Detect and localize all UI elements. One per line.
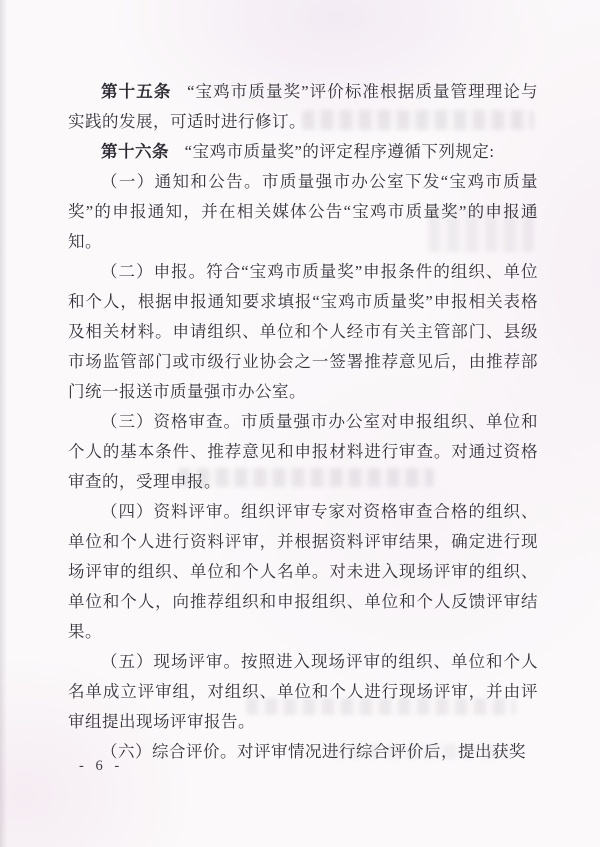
paragraph: （四）资料评审。组织评审专家对资格审查合格的组织、单位和个人进行资料评审，并根据… [68,497,538,647]
paragraph-text: （五）现场评审。按照进入现场评审的组织、单位和个人名单成立评审组，对组织、单位和… [68,652,538,731]
document-body: 第十五条“宝鸡市质量奖”评价标准根据质量管理理论与实践的发展，可适时进行修订。第… [68,77,538,767]
paragraph: （三）资格审查。市质量强市办公室对申报组织、单位和个人的基本条件、推荐意见和申报… [68,407,538,497]
paragraph: 第十六条“宝鸡市质量奖”的评定程序遵循下列规定: [68,137,538,167]
paragraph: 第十五条“宝鸡市质量奖”评价标准根据质量管理理论与实践的发展，可适时进行修订。 [68,77,538,137]
page-number: - 6 - [79,758,123,775]
paragraph: （二）申报。符合“宝鸡市质量奖”申报条件的组织、单位和个人，根据申报通知要求填报… [68,257,538,407]
paragraph: （六）综合评价。对评审情况进行综合评价后，提出获奖 [68,737,538,767]
paragraph-text: “宝鸡市质量奖”的评定程序遵循下列规定: [185,142,495,161]
scanned-document-page: 第十五条“宝鸡市质量奖”评价标准根据质量管理理论与实践的发展，可适时进行修订。第… [0,0,600,847]
article-number: 第十五条 [101,82,171,101]
article-number: 第十六条 [101,142,169,161]
paragraph: （一）通知和公告。市质量强市办公室下发“宝鸡市质量奖”的申报通知，并在相关媒体公… [68,167,538,257]
paragraph: （五）现场评审。按照进入现场评审的组织、单位和个人名单成立评审组，对组织、单位和… [68,647,538,737]
paragraph-text: （六）综合评价。对评审情况进行综合评价后，提出获奖 [101,742,526,761]
paragraph-text: （四）资料评审。组织评审专家对资格审查合格的组织、单位和个人进行资料评审，并根据… [68,502,538,641]
paragraph-text: （二）申报。符合“宝鸡市质量奖”申报条件的组织、单位和个人，根据申报通知要求填报… [68,262,538,401]
scan-edge-shadow [0,0,7,847]
paragraph-text: （一）通知和公告。市质量强市办公室下发“宝鸡市质量奖”的申报通知，并在相关媒体公… [68,172,538,251]
paragraph-text: （三）资格审查。市质量强市办公室对申报组织、单位和个人的基本条件、推荐意见和申报… [68,412,538,491]
